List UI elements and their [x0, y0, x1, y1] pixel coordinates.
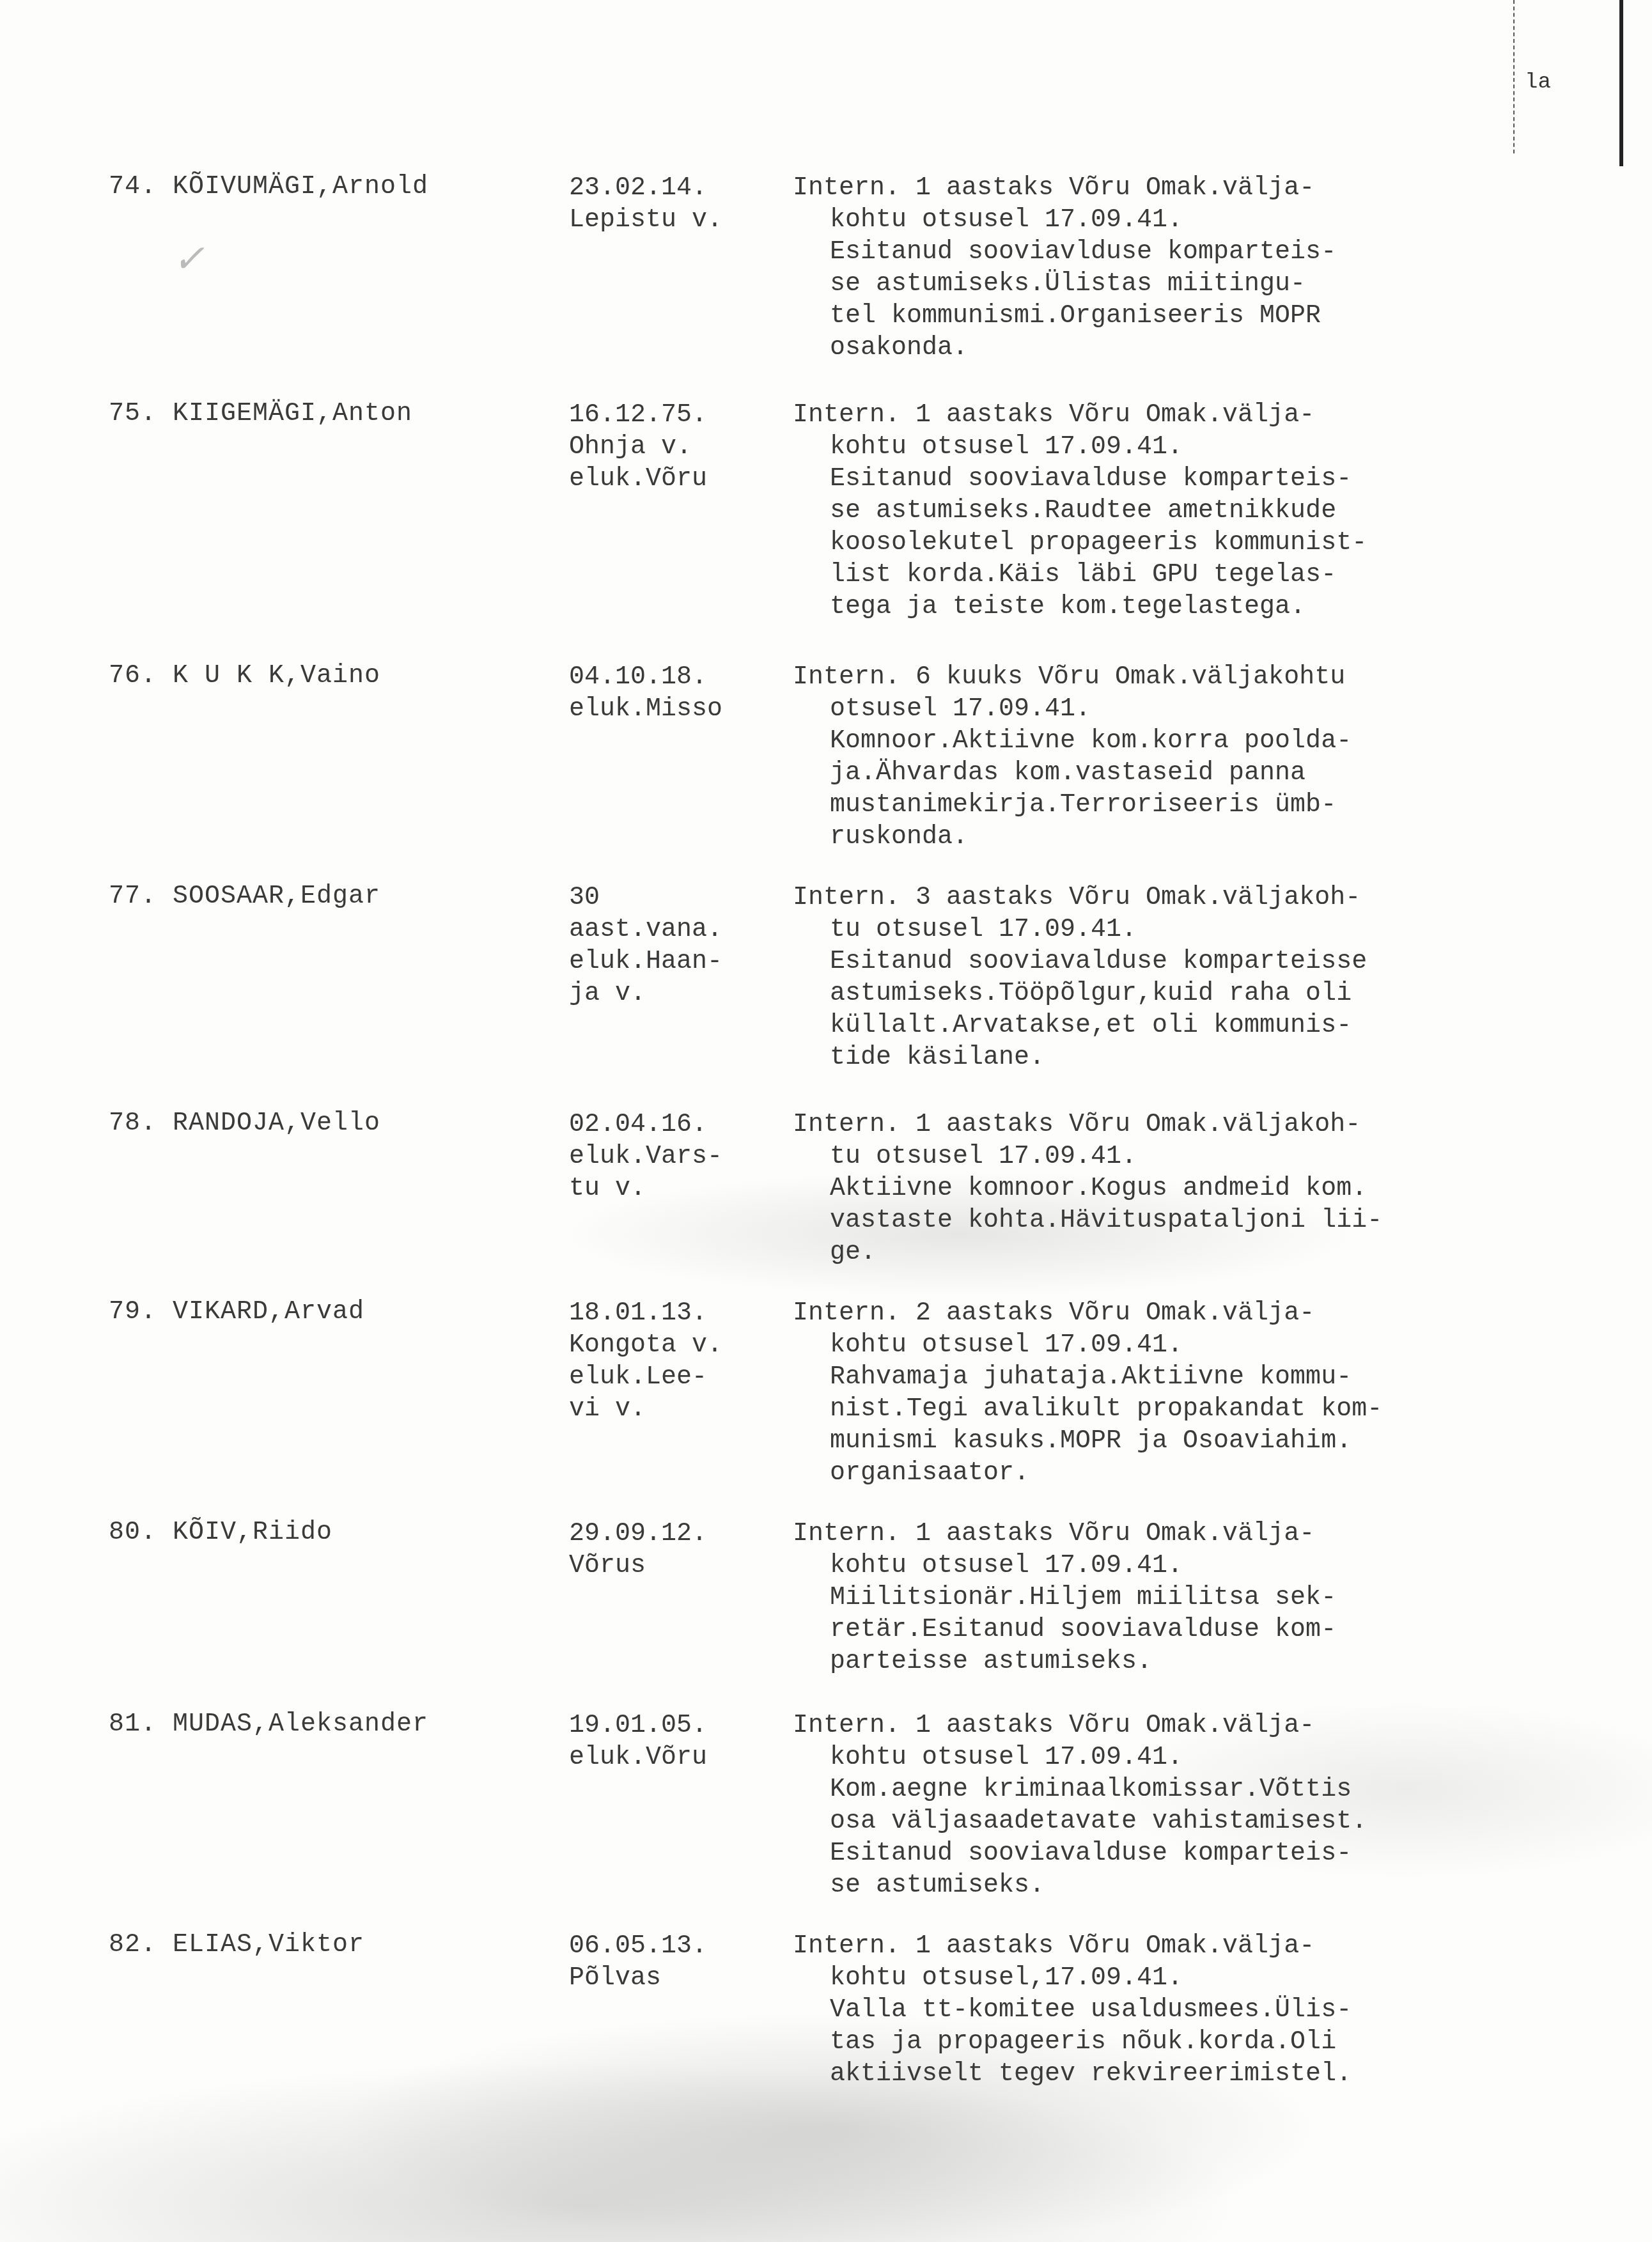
entry-details: kohtu otsusel 17.09.41. Kom.aegne krimin…: [793, 1742, 1560, 1902]
entry-person-name: RANDOJA,Vello: [173, 1109, 380, 1138]
entry-person-name: ELIAS,Viktor: [173, 1931, 364, 1959]
entry-sentence: Intern. 3 aastaks Võru Omak.väljakoh-: [793, 882, 1560, 914]
entry-record: Intern. 6 kuuks Võru Omak.väljakohtu ots…: [793, 662, 1560, 853]
page-edge: [1619, 0, 1623, 166]
entry-number: 79.: [109, 1298, 157, 1327]
entry-sentence: Intern. 1 aastaks Võru Omak.välja-: [793, 173, 1560, 205]
handwritten-mark: ✓: [173, 237, 205, 281]
entry-person-name: SOOSAAR,Edgar: [173, 882, 380, 911]
entry-record: Intern. 2 aastaks Võru Omak.välja- kohtu…: [793, 1298, 1560, 1490]
entry-heading: 76. K U K K,Vaino: [109, 662, 380, 690]
entry-person-name: VIKARD,Arvad: [173, 1298, 364, 1327]
entry-heading: 82. ELIAS,Viktor: [109, 1931, 364, 1959]
entry-details: tu otsusel 17.09.41. Aktiivne komnoor.Ko…: [793, 1141, 1560, 1269]
corner-annotation: la: [1525, 70, 1551, 95]
entry-details: kohtu otsusel 17.09.41. Esitanud sooviav…: [793, 205, 1560, 364]
entry-sentence: Intern. 1 aastaks Võru Omak.välja-: [793, 400, 1560, 432]
entry-heading: 81. MUDAS,Aleksander: [109, 1710, 428, 1739]
fold-line: [1513, 0, 1515, 153]
entry-record: Intern. 1 aastaks Võru Omak.väljakoh- tu…: [793, 1109, 1560, 1269]
entry-number: 82.: [109, 1931, 157, 1959]
entry-sentence: Intern. 1 aastaks Võru Omak.välja-: [793, 1931, 1560, 1963]
entry-details: tu otsusel 17.09.41. Esitanud sooviavald…: [793, 914, 1560, 1074]
entry-details: kohtu otsusel,17.09.41. Valla tt-komitee…: [793, 1963, 1560, 2090]
entry-number: 76.: [109, 662, 157, 690]
entry-birth-info: 30 aast.vana. eluk.Haan- ja v.: [569, 882, 774, 1010]
typewritten-page: la ✓ 74. KÕIVUMÄGI,Arnold 23.02.14. Lepi…: [0, 0, 1652, 2242]
entry-number: 80.: [109, 1518, 157, 1547]
entry-heading: 79. VIKARD,Arvad: [109, 1298, 364, 1327]
entry-record: Intern. 1 aastaks Võru Omak.välja- kohtu…: [793, 1518, 1560, 1678]
entry-record: Intern. 1 aastaks Võru Omak.välja- kohtu…: [793, 400, 1560, 623]
entry-birth-info: 18.01.13. Kongota v. eluk.Lee- vi v.: [569, 1298, 774, 1426]
entry-heading: 78. RANDOJA,Vello: [109, 1109, 380, 1138]
entry-number: 74.: [109, 173, 157, 201]
entry-birth-info: 04.10.18. eluk.Misso: [569, 662, 774, 726]
entry-number: 78.: [109, 1109, 157, 1138]
entry-details: otsusel 17.09.41. Komnoor.Aktiivne kom.k…: [793, 694, 1560, 853]
entry-sentence: Intern. 1 aastaks Võru Omak.välja-: [793, 1710, 1560, 1742]
entry-sentence: Intern. 6 kuuks Võru Omak.väljakohtu: [793, 662, 1560, 694]
entry-details: kohtu otsusel 17.09.41. Esitanud sooviav…: [793, 432, 1560, 623]
entry-heading: 80. KÕIV,Riido: [109, 1518, 332, 1547]
entry-person-name: K U K K,Vaino: [173, 662, 380, 690]
entry-heading: 77. SOOSAAR,Edgar: [109, 882, 380, 911]
entry-record: Intern. 1 aastaks Võru Omak.välja- kohtu…: [793, 1931, 1560, 2090]
entry-record: Intern. 1 aastaks Võru Omak.välja- kohtu…: [793, 1710, 1560, 1902]
entry-birth-info: 02.04.16. eluk.Vars- tu v.: [569, 1109, 774, 1205]
entry-number: 81.: [109, 1710, 157, 1739]
entry-heading: 74. KÕIVUMÄGI,Arnold: [109, 173, 428, 201]
entry-record: Intern. 3 aastaks Võru Omak.väljakoh- tu…: [793, 882, 1560, 1074]
entry-record: Intern. 1 aastaks Võru Omak.välja- kohtu…: [793, 173, 1560, 364]
entry-sentence: Intern. 2 aastaks Võru Omak.välja-: [793, 1298, 1560, 1330]
entry-details: kohtu otsusel 17.09.41. Rahvamaja juhata…: [793, 1330, 1560, 1490]
entry-number: 75.: [109, 400, 157, 428]
entry-number: 77.: [109, 882, 157, 911]
entry-person-name: KÕIV,Riido: [173, 1518, 332, 1547]
entry-birth-info: 19.01.05. eluk.Võru: [569, 1710, 774, 1774]
entry-person-name: KIIGEMÄGI,Anton: [173, 400, 412, 428]
entry-sentence: Intern. 1 aastaks Võru Omak.väljakoh-: [793, 1109, 1560, 1141]
entry-birth-info: 23.02.14. Lepistu v.: [569, 173, 774, 237]
entry-details: kohtu otsusel 17.09.41. Miilitsionär.Hil…: [793, 1550, 1560, 1678]
entry-person-name: MUDAS,Aleksander: [173, 1710, 428, 1739]
entry-birth-info: 06.05.13. Põlvas: [569, 1931, 774, 1995]
entry-birth-info: 29.09.12. Võrus: [569, 1518, 774, 1582]
entry-person-name: KÕIVUMÄGI,Arnold: [173, 173, 428, 201]
entry-sentence: Intern. 1 aastaks Võru Omak.välja-: [793, 1518, 1560, 1550]
entry-heading: 75. KIIGEMÄGI,Anton: [109, 400, 412, 428]
entry-birth-info: 16.12.75. Ohnja v. eluk.Võru: [569, 400, 774, 495]
